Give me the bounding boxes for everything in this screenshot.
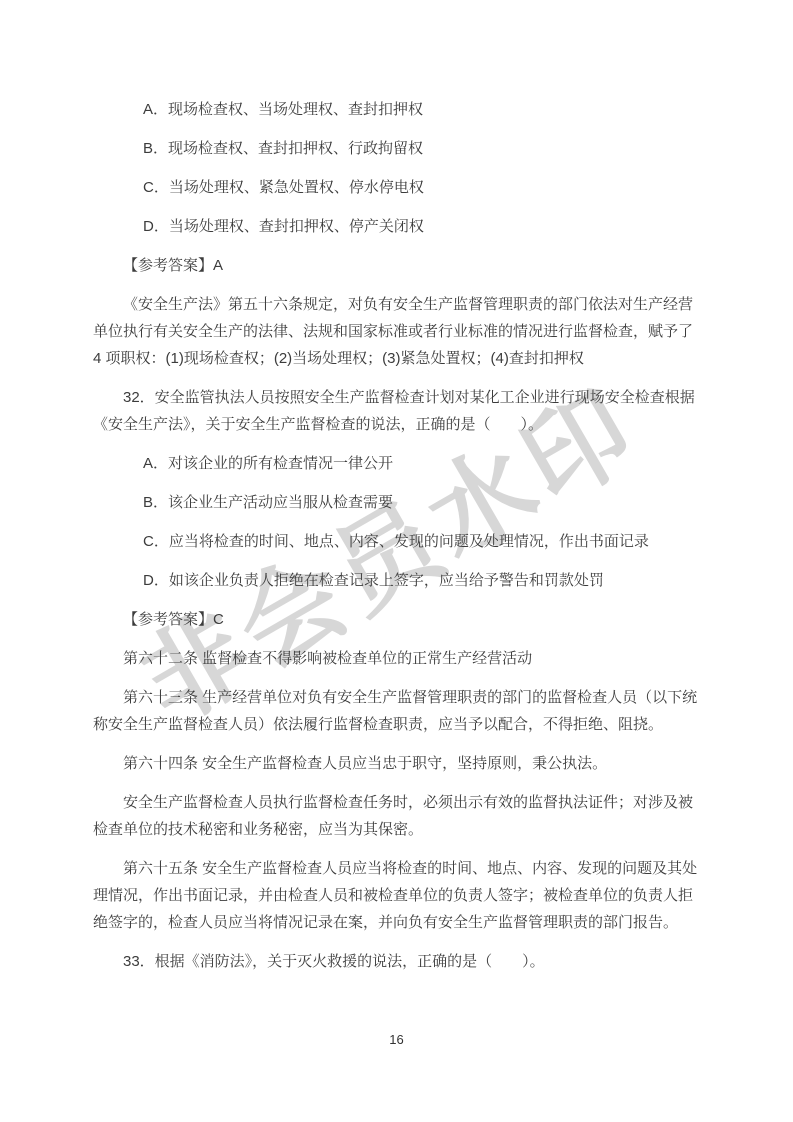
option-line: A．对该企业的所有检查情况一律公开 [93, 450, 700, 477]
option-line: C．当场处理权、紧急处置权、停水停电权 [93, 174, 700, 201]
body-paragraph: 安全生产监督检查人员执行监督检查任务时，必须出示有效的监督执法证件；对涉及被检查… [93, 789, 700, 843]
option-line: A．现场检查权、当场处理权、查封扣押权 [93, 96, 700, 123]
document-body: A．现场检查权、当场处理权、查封扣押权B．现场检查权、查封扣押权、行政拘留权C．… [0, 0, 793, 975]
body-paragraph: 第六十五条 安全生产监督检查人员应当将检查的时间、地点、内容、发现的问题及其处理… [93, 855, 700, 936]
body-paragraph: 《安全生产法》第五十六条规定，对负有安全生产监督管理职责的部门依法对生产经营单位… [93, 291, 700, 372]
option-line: B．该企业生产活动应当服从检查需要 [93, 489, 700, 516]
document-page: 非会员水印 A．现场检查权、当场处理权、查封扣押权B．现场检查权、查封扣押权、行… [0, 0, 793, 1122]
option-line: C．应当将检查的时间、地点、内容、发现的问题及处理情况，作出书面记录 [93, 528, 700, 555]
option-line: B．现场检查权、查封扣押权、行政拘留权 [93, 135, 700, 162]
body-paragraph: 第六十二条 监督检查不得影响被检查单位的正常生产经营活动 [93, 645, 700, 672]
body-paragraph: 第六十三条 生产经营单位对负有安全生产监督管理职责的部门的监督检查人员（以下统称… [93, 684, 700, 738]
body-paragraph: 第六十四条 安全生产监督检查人员应当忠于职守，坚持原则，秉公执法。 [93, 750, 700, 777]
body-paragraph: 32．安全监管执法人员按照安全生产监督检查计划对某化工企业进行现场安全检查根据《… [93, 384, 700, 438]
page-number: 16 [0, 1032, 793, 1047]
body-paragraph: 33．根据《消防法》，关于灭火救援的说法，正确的是（ ）。 [93, 948, 700, 975]
option-line: D．当场处理权、查封扣押权、停产关闭权 [93, 213, 700, 240]
answer-line: 【参考答案】A [93, 252, 700, 279]
option-line: D．如该企业负责人拒绝在检查记录上签字，应当给予警告和罚款处罚 [93, 567, 700, 594]
answer-line: 【参考答案】C [93, 606, 700, 633]
